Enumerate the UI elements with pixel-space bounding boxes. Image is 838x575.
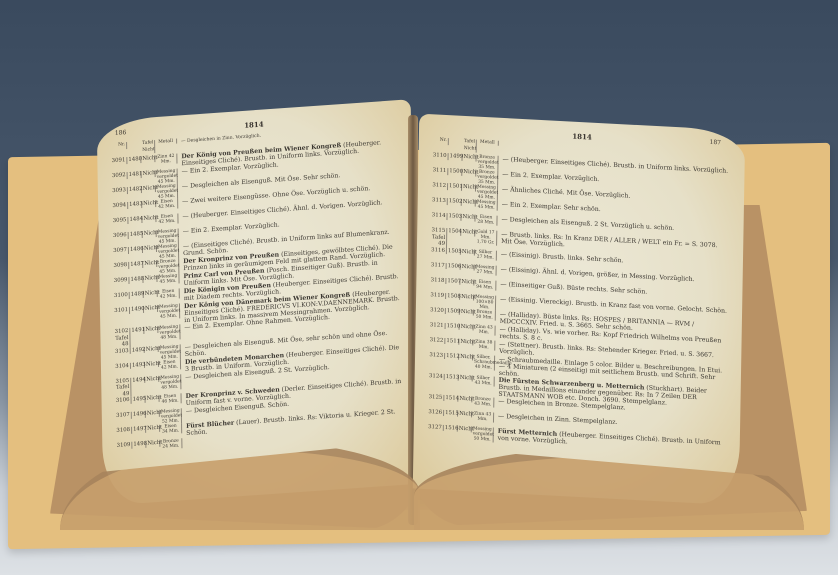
entry-number: 3099 — [111, 277, 129, 285]
entry-state: Nicht — [144, 326, 158, 333]
entry-material: Messing 45 Mm. — [157, 273, 179, 285]
entry-number: 3102 Tafel 48 — [112, 328, 130, 349]
entry-material: Eisen 42 Mm. — [159, 359, 181, 371]
entry-year: 1496 — [132, 411, 146, 418]
entry-state: Nicht — [459, 374, 473, 381]
entry-state: Nicht — [463, 154, 477, 161]
entry-state: Nicht — [460, 323, 474, 330]
entry-number: 3125 — [426, 394, 444, 401]
header-material: Metall — [477, 140, 499, 146]
entry-material: Messing 45 Mm. — [476, 200, 498, 211]
entry-number: 3094 — [110, 202, 128, 210]
entry-number: 3117 — [429, 262, 447, 269]
entry-year: 1503 — [447, 213, 461, 220]
entry-material: Zinn 43 Mm. — [473, 324, 495, 335]
entry-year: 1483 — [128, 201, 142, 208]
entry-state: Nicht — [144, 305, 158, 312]
entry-state: Nicht — [460, 308, 474, 315]
entry-material: Messing vergoldet 45 Mm. — [157, 228, 179, 245]
entry-year: 1484 — [128, 216, 142, 223]
entry-year: 1500 — [448, 168, 462, 175]
entry-number: 3127 — [426, 423, 444, 430]
entry-year: 1490 — [130, 306, 144, 313]
entry-year: 1514 — [444, 394, 458, 401]
entry-year: 1488 — [129, 276, 143, 283]
entry-number: 3108 — [114, 427, 132, 435]
entry-material: Messing vergoldet 45 Mm. — [476, 185, 498, 201]
entry-year: 1498 — [132, 441, 146, 448]
entry-number: 3112 — [430, 182, 448, 189]
entry-number: 3114 — [429, 212, 447, 219]
entry-year: 1512 — [445, 352, 459, 359]
entry-state: Nicht — [144, 290, 158, 297]
entry-year: 1481 — [128, 171, 142, 178]
entry-year: 1502 — [448, 198, 462, 205]
left-entries: 30911480NichtZinn 42 Mm.Der König von Pr… — [109, 138, 404, 458]
entry-state: Nicht — [462, 169, 476, 176]
entry-material: Zinn 43 Mm. — [472, 411, 494, 422]
entry-material: Eisen 94 Mm. — [474, 279, 496, 290]
entry-year: 1515 — [444, 409, 458, 416]
entry-year: 1491 — [130, 327, 144, 334]
entry-year: 1511 — [445, 338, 459, 345]
entry-material: Eisen 42 Mm. — [158, 288, 180, 300]
entry-material: Bronze vergoldet 45 Mm. — [157, 258, 179, 275]
header-year — [127, 141, 141, 142]
entry-state: Nicht — [143, 245, 157, 252]
entry-year: 1513 — [445, 373, 459, 380]
entry-year: 1499 — [449, 153, 463, 160]
header-year — [449, 138, 463, 139]
entry-material: Zinn 38 Mm. — [473, 339, 495, 350]
entry-material: Bronze 24 Mm. — [160, 438, 182, 450]
entry-number: 3107 — [114, 412, 132, 420]
entry-number: 3097 — [111, 247, 129, 255]
entry-material: Messing vergoldet 45 Mm. — [159, 344, 181, 361]
entry-state: Nicht — [145, 345, 159, 352]
entry-state: Nicht — [460, 278, 474, 285]
entry-material: Bronze vergoldet 35 Mm. — [476, 170, 498, 186]
entry-year: 1493 — [131, 361, 145, 368]
entry-material: Messing 100×80 Mm. — [474, 294, 496, 310]
entry-material: Messing vergoldet 45 Mm. — [157, 243, 179, 260]
entry-material: Messing vergoldet 50 Mm. — [472, 426, 494, 442]
entry-material: Messing vergoldet 45 Mm. — [158, 303, 180, 320]
header-no: Nr. — [431, 137, 449, 144]
entry-number: 3123 — [427, 352, 445, 359]
entry-state: Nicht — [462, 199, 476, 206]
entry-material: Bronze 50 Mm. — [474, 309, 496, 320]
entry-state: Nicht — [461, 229, 475, 236]
entry-number: 3113 — [430, 197, 448, 204]
entry-material: Eisen 34 Mm. — [160, 423, 182, 435]
entry-state: Nicht — [143, 260, 157, 267]
entry-number: 3109 — [114, 442, 132, 450]
entry-state: Nicht — [458, 425, 472, 432]
entry-material: Messing vergoldet 52 Mm. — [160, 408, 182, 425]
entry-material: Messing vergoldet 48 Mm. — [158, 324, 180, 341]
header-material: Metall — [155, 139, 177, 146]
entry-material: Silber, Schraubmedaille 40 Mm. — [473, 354, 495, 370]
entry-material: Silber 27 Mm. — [475, 249, 497, 260]
entry-state: Nicht — [460, 293, 474, 300]
entry-number: 3119 — [428, 292, 446, 299]
entry-state: Nicht — [461, 248, 475, 255]
entry-number: 3092 — [110, 172, 128, 180]
entry-number: 3121 — [428, 322, 446, 329]
entry-year: 1506 — [447, 263, 461, 270]
entry-state: Nicht — [461, 263, 475, 270]
entry-state: Nicht — [145, 375, 159, 382]
entry-number: 3126 — [426, 409, 444, 416]
photo-scene: 186 1814 Nr. Tafel Nicht Metall — Desgle… — [0, 0, 838, 575]
entry-year: 1501 — [448, 183, 462, 190]
right-page-number: 187 — [710, 139, 722, 147]
entry-number: 3100 — [112, 292, 130, 300]
entry-number: 3104 — [113, 362, 131, 370]
entry-material: Messing vergoldet 45 Mm. — [156, 169, 178, 186]
entry-year: 1489 — [130, 291, 144, 298]
entry-state: Nicht — [146, 410, 160, 417]
entry-state: Nicht — [142, 185, 156, 192]
entry-material: Bronze 43 Mm. — [472, 396, 494, 407]
entry-state: Nicht — [459, 338, 473, 345]
entry-number: 3120 — [428, 307, 446, 314]
entry-number: 3103 — [113, 347, 131, 355]
entry-number: 3101 — [112, 307, 130, 315]
entry-number: 3098 — [111, 262, 129, 270]
entry-number: 3115 Tafel 49 — [429, 227, 447, 247]
entry-year: 1486 — [129, 246, 143, 253]
entry-material: Eisen 46 Mm. — [160, 393, 182, 405]
entry-year: 1492 — [131, 346, 145, 353]
entry-state: Nicht — [146, 425, 160, 432]
header-state: Tafel Nicht — [463, 139, 477, 153]
entry-year: 1510 — [446, 323, 460, 330]
entry-state: Nicht — [146, 440, 160, 447]
entry-year: 1508 — [446, 293, 460, 300]
entry-number: 3096 — [111, 232, 129, 240]
entry-number: 3116 — [429, 247, 447, 254]
entry-state: Nicht — [146, 395, 160, 402]
entry-state: Nicht — [143, 230, 157, 237]
entry-number: 3106 — [114, 397, 132, 405]
entry-year: 1485 — [129, 231, 143, 238]
entry-material: Messing vergoldet 48 Mm. — [159, 374, 181, 391]
entry-material: Eisen 42 Mm. — [156, 213, 178, 225]
header-state: Tafel Nicht — [141, 140, 155, 154]
entry-material: Messing vergoldet 45 Mm. — [156, 184, 178, 201]
entry-state: Nicht — [459, 353, 473, 360]
right-page: 187 1814 Nr. Tafel Nicht Metall 31101499… — [413, 114, 745, 506]
entry-material: Eisen 28 Mm. — [475, 215, 497, 226]
entry-number: 3122 — [427, 337, 445, 344]
entry-year: 1487 — [129, 261, 143, 268]
entry-year: 1504 — [447, 228, 461, 235]
entry-state: Nicht — [145, 360, 159, 367]
header-no: Nr. — [109, 142, 127, 150]
entry-year: 1494 — [131, 376, 145, 383]
entry-state: Nicht — [143, 275, 157, 282]
right-entries: 31101499NichtBronze vergoldet 35 Mm.— (H… — [426, 152, 733, 454]
entry-year: 1507 — [446, 278, 460, 285]
entry-year: 1505 — [447, 248, 461, 255]
entry-number: 3105 Tafel 49 — [113, 377, 131, 398]
entry-material: Messing 27 Mm. — [475, 264, 497, 275]
entry-state: Nicht — [142, 170, 156, 177]
entry-year: 1509 — [446, 308, 460, 315]
entry-material: Zinn 42 Mm. — [155, 154, 177, 166]
entry-year: 1495 — [132, 396, 146, 403]
entry-number: 3091 — [109, 157, 127, 165]
entry-state: Nicht — [462, 184, 476, 191]
entry-material: Bronze vergoldet 35 Mm. — [476, 155, 498, 171]
entry-year: 1482 — [128, 186, 142, 193]
entry-state: Nicht — [141, 155, 155, 162]
entry-state: Nicht — [458, 395, 472, 402]
entry-number: 3111 — [430, 167, 448, 174]
entry-state: Nicht — [142, 200, 156, 207]
entry-number: 3118 — [428, 277, 446, 284]
entry-number: 3095 — [110, 217, 128, 225]
entry-year: 1497 — [132, 426, 146, 433]
entry-state: Nicht — [458, 410, 472, 417]
entry-material: Eisen 42 Mm. — [156, 198, 178, 210]
entry-state: Nicht — [142, 215, 156, 222]
entry-material: Silber 43 Mm. — [473, 375, 495, 386]
entry-number: 3093 — [110, 187, 128, 195]
entry-year: 1516 — [444, 424, 458, 431]
entry-material: Gold 17 Mm. 1,70 Gr. — [475, 230, 497, 246]
entry-number: 3124 — [427, 373, 445, 380]
entry-number: 3110 — [431, 152, 449, 159]
entry-year: 1480 — [127, 156, 141, 163]
left-page-number: 186 — [115, 129, 127, 137]
left-page: 186 1814 Nr. Tafel Nicht Metall — Desgle… — [97, 99, 418, 506]
entry-state: Nicht — [461, 214, 475, 221]
